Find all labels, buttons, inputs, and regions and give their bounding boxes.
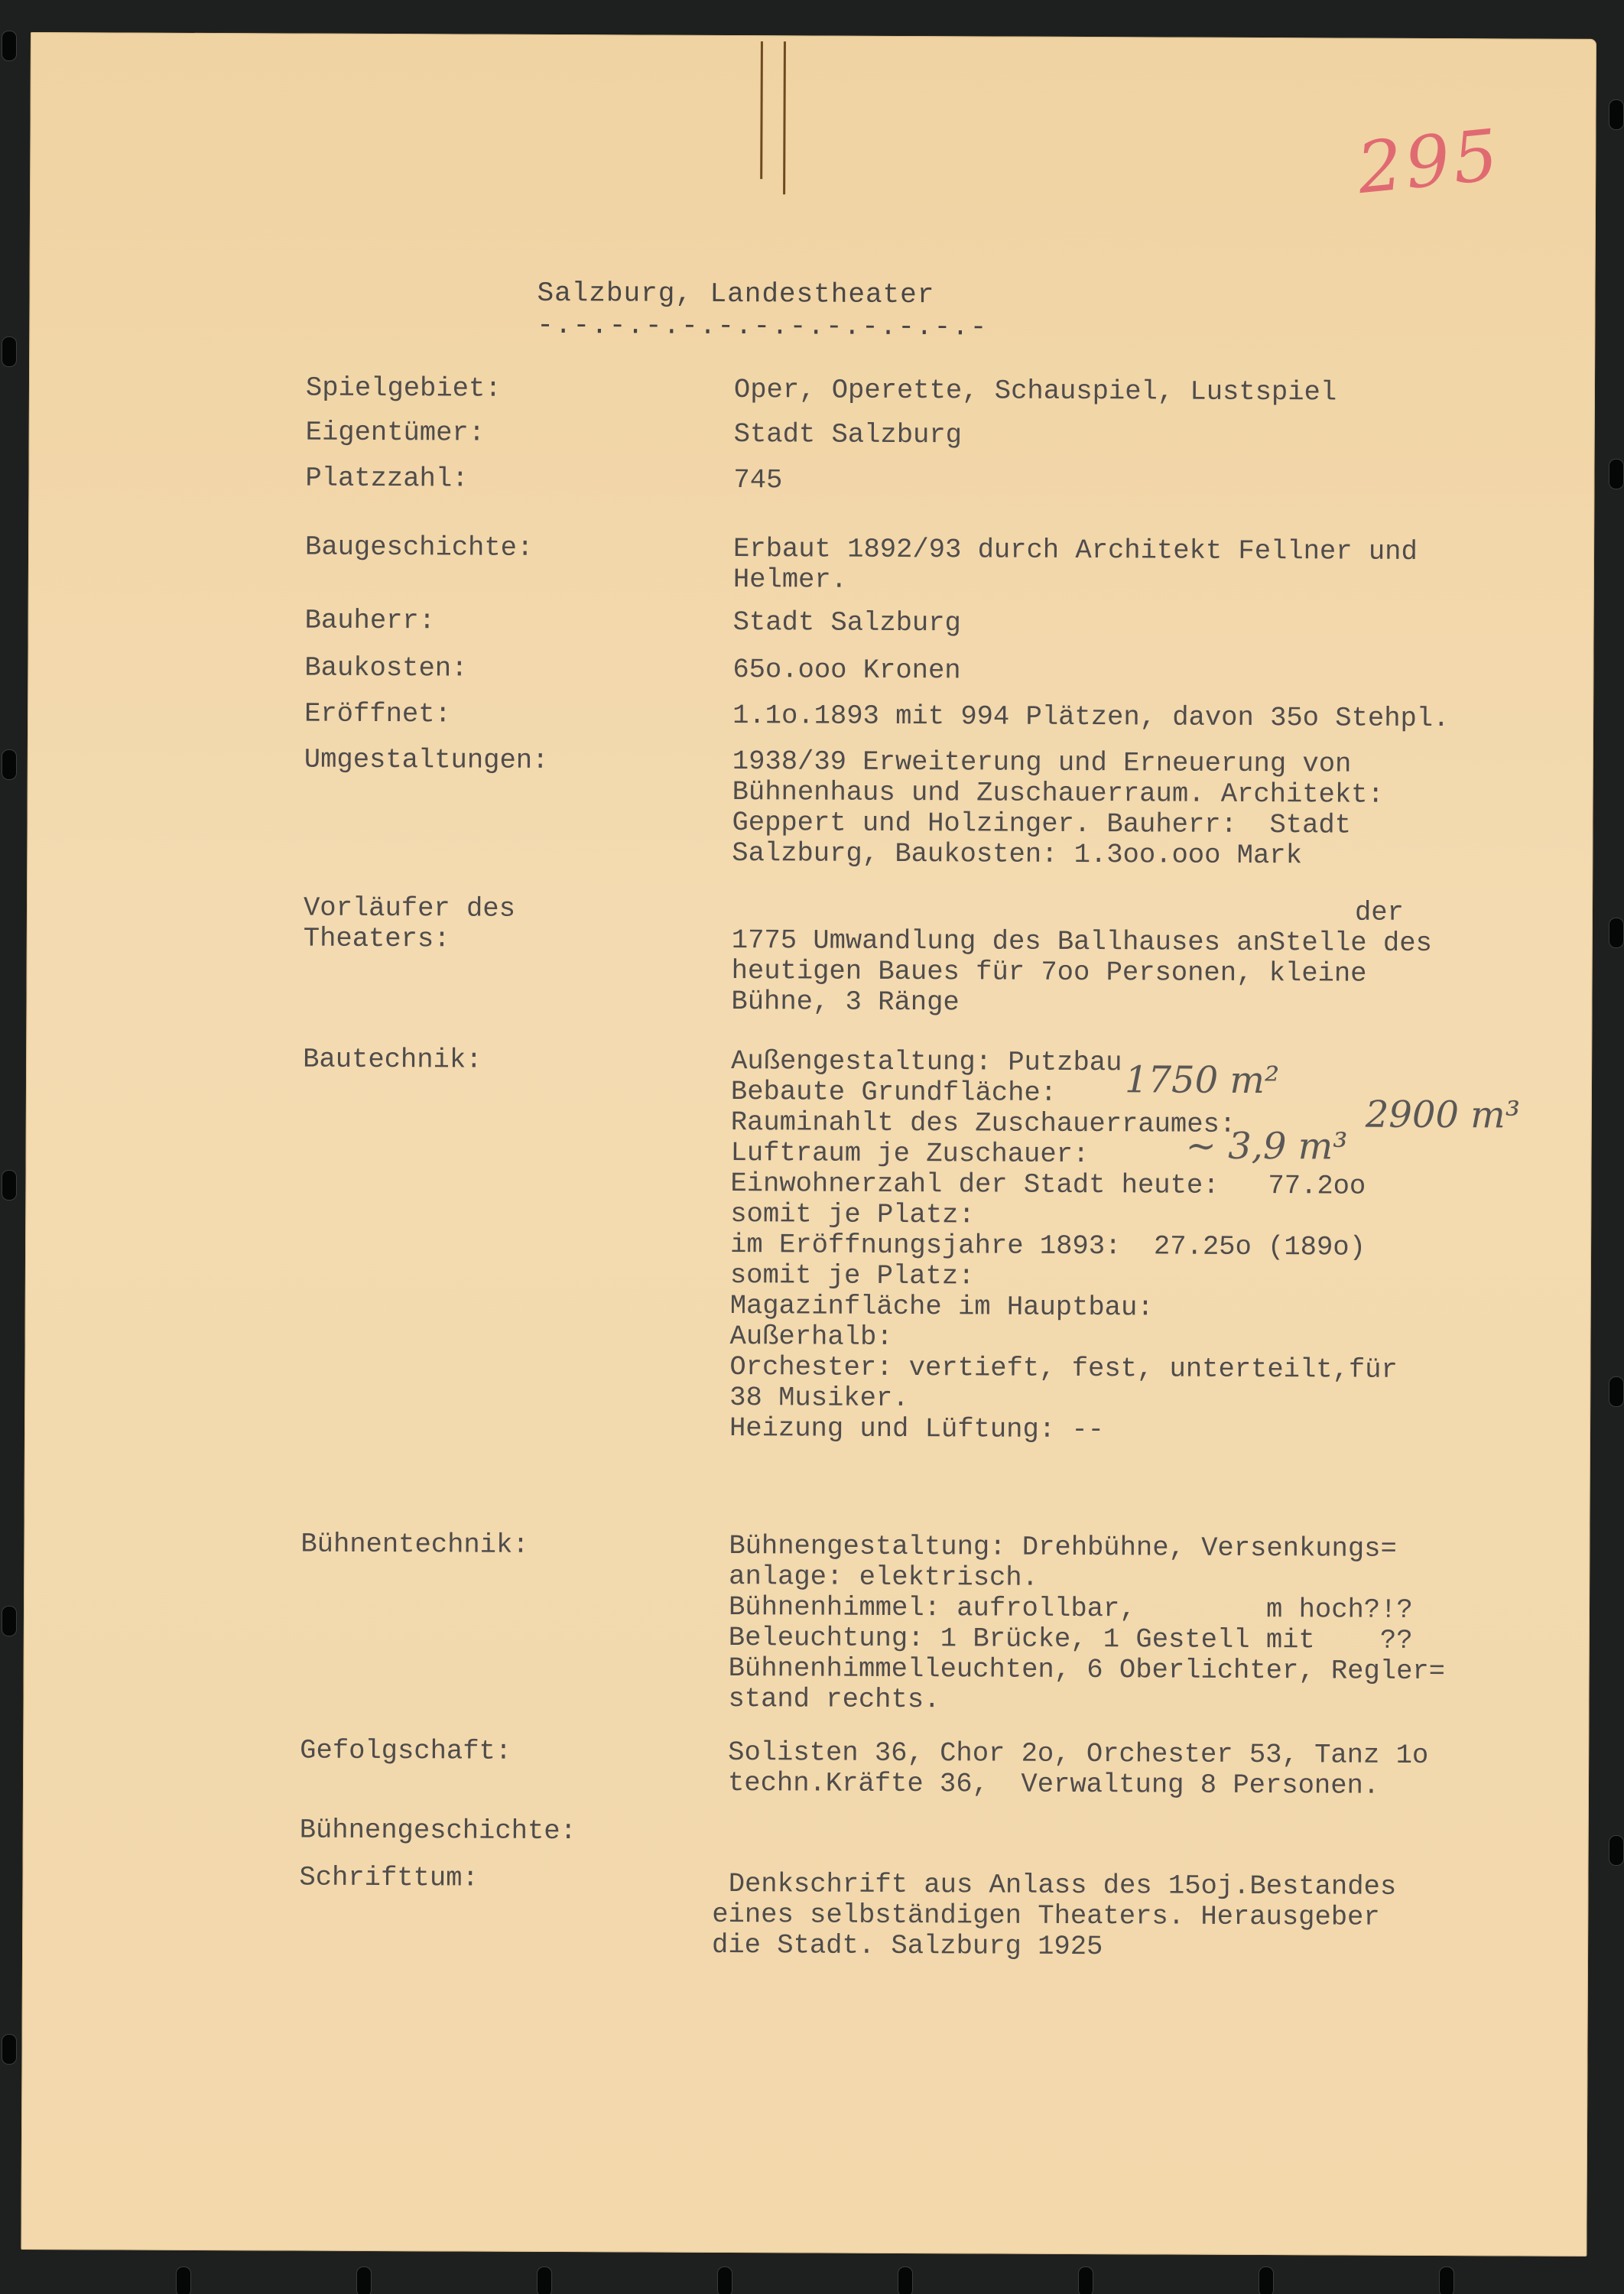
- binder-hole: [1439, 2266, 1454, 2294]
- field-value: Einwohnerzahl der Stadt heute: 77.2oo: [730, 1168, 1366, 1202]
- binder-hole: [1609, 918, 1624, 948]
- field-value: anlage: elektrisch.: [729, 1561, 1038, 1594]
- typed-document-page: 295 Salzburg, Landestheater -.-.-.-.-.-.…: [21, 32, 1596, 2257]
- field-value: Oper, Operette, Schauspiel, Lustspiel: [734, 375, 1337, 408]
- field-value: somit je Platz:: [730, 1260, 975, 1292]
- field-value: Luftraum je Zuschauer:: [731, 1138, 1090, 1170]
- field-value: Stadt Salzburg: [734, 419, 962, 450]
- field-value: Stadt Salzburg: [733, 607, 961, 638]
- field-value: Außerhalb:: [729, 1321, 892, 1353]
- binder-hole: [176, 2266, 191, 2294]
- field-value: 1.1o.1893 mit 994 Plätzen, davon 35o Ste…: [732, 700, 1450, 734]
- page-number-annotation: 295: [1353, 114, 1504, 210]
- field-value: 1938/39 Erweiterung und Erneuerung von: [732, 746, 1352, 780]
- field-baugeschichte: Baugeschichte: Erbaut 1892/93 durch Arch…: [305, 532, 1605, 538]
- binder-hole: [1609, 1835, 1624, 1866]
- field-value: Denkschrift aus Anlass des 15oj.Bestande…: [712, 1869, 1396, 1902]
- field-bauherr: Bauherr: Stadt Salzburg: [305, 606, 1605, 611]
- staple-mark: [783, 41, 786, 194]
- binder-hole: [1609, 99, 1624, 130]
- field-label: Vorläufer des Theaters:: [304, 893, 515, 955]
- field-value: Geppert und Holzinger. Bauherr: Stadt: [732, 807, 1351, 841]
- binder-hole: [2, 749, 17, 780]
- binder-hole: [717, 2266, 732, 2294]
- field-value: die Stadt. Salzburg 1925: [712, 1930, 1103, 1962]
- field-baukosten: Baukosten: 65o.ooo Kronen: [304, 653, 1604, 658]
- binder-hole: [1609, 1376, 1624, 1407]
- field-value: Magazinfläche im Hauptbau:: [730, 1291, 1154, 1323]
- handwritten-grundflaeche: 1750 m²: [1125, 1064, 1279, 1096]
- field-value: Helmer.: [733, 564, 847, 596]
- field-value: 1775 Umwandlung des Ballhauses anStelle …: [732, 925, 1432, 959]
- field-value: Bühnenhimmelleuchten, 6 Oberlichter, Reg…: [729, 1653, 1446, 1687]
- field-label: Platzzahl:: [305, 463, 468, 495]
- field-label: Gefolgschaft:: [300, 1736, 512, 1767]
- binder-hole: [356, 2266, 372, 2294]
- field-buehnengeschichte: Bühnengeschichte:: [300, 1815, 1600, 1821]
- field-value: stand rechts.: [728, 1684, 940, 1715]
- field-value: techn.Kräfte 36, Verwaltung 8 Personen.: [728, 1768, 1379, 1802]
- binder-hole: [1078, 2266, 1093, 2294]
- field-eigentuemer: Eigentümer: Stadt Salzburg: [306, 418, 1606, 423]
- field-value: Bühnenhimmel: aufrollbar, m hoch?!?: [729, 1592, 1413, 1626]
- binder-hole: [2, 1606, 17, 1636]
- field-umgestaltungen: Umgestaltungen: 1938/39 Erweiterung und …: [304, 745, 1604, 750]
- binder-hole: [2, 336, 17, 367]
- field-label: Eigentümer:: [306, 418, 486, 449]
- field-value: 745: [733, 465, 782, 496]
- field-label: Spielgebiet:: [306, 373, 502, 405]
- field-value: Beleuchtung: 1 Brücke, 1 Gestell mit ??: [729, 1623, 1413, 1656]
- field-value-insertion: der: [1355, 898, 1404, 928]
- binder-hole: [2, 2034, 17, 2065]
- field-value: somit je Platz:: [730, 1199, 975, 1230]
- binder-hole: [1259, 2266, 1274, 2294]
- field-gefolgschaft: Gefolgschaft: Solisten 36, Chor 2o, Orch…: [300, 1736, 1600, 1741]
- field-value: Salzburg, Baukosten: 1.3oo.ooo Mark: [732, 838, 1302, 871]
- field-value: Erbaut 1892/93 durch Architekt Fellner u…: [733, 534, 1418, 567]
- binder-hole: [898, 2266, 913, 2294]
- field-value: 38 Musiker.: [729, 1383, 909, 1414]
- binder-hole: [1609, 459, 1624, 489]
- field-value: Bühnenhaus und Zuschauerraum. Architekt:: [732, 777, 1384, 811]
- handwritten-rauminhalt: 2900 m³: [1366, 1100, 1520, 1131]
- field-value: Bebaute Grundfläche:: [731, 1077, 1057, 1109]
- field-value: Heizung und Lüftung: --: [729, 1413, 1104, 1445]
- field-platzzahl: Platzzahl: 745: [306, 463, 1606, 469]
- field-value: 65o.ooo Kronen: [732, 655, 960, 686]
- field-label: Bauherr:: [305, 606, 436, 637]
- field-value: im Eröffnungsjahre 1893: 27.25o (189o): [730, 1230, 1366, 1263]
- field-bautechnik: Bautechnik: Außengestaltung: Putzbau Beb…: [303, 1045, 1603, 1050]
- field-label: Baukosten:: [304, 653, 467, 684]
- document-title: Salzburg, Landestheater: [537, 278, 934, 310]
- field-eroeffnet: Eröffnet: 1.1o.1893 mit 994 Plätzen, dav…: [304, 699, 1604, 704]
- handwritten-luftraum: ~ 3,9 m³: [1186, 1131, 1348, 1162]
- field-value: heutigen Baues für 7oo Personen, kleine: [732, 956, 1367, 989]
- field-label: Bühnentechnik:: [300, 1529, 528, 1561]
- field-value: Orchester: vertieft, fest, unterteilt,fü…: [729, 1352, 1398, 1386]
- field-label: Umgestaltungen:: [304, 745, 549, 776]
- field-value: Rauminahlt des Zuschauerraumes:: [731, 1107, 1236, 1140]
- title-underline: -.-.-.-.-.-.-.-.-.-.-.-.-: [537, 310, 988, 343]
- field-label: Bühnengeschichte:: [300, 1815, 577, 1847]
- staple-mark: [760, 41, 763, 179]
- binder-hole: [537, 2266, 552, 2294]
- field-value: Bühne, 3 Ränge: [731, 986, 959, 1018]
- field-vorlaeufer: Vorläufer des Theaters: der 1775 Umwandl…: [304, 893, 1603, 898]
- field-value: Außengestaltung: Putzbau: [731, 1046, 1122, 1078]
- field-spielgebiet: Spielgebiet: Oper, Operette, Schauspiel,…: [306, 373, 1606, 379]
- field-value: Solisten 36, Chor 2o, Orchester 53, Tanz…: [728, 1737, 1428, 1771]
- field-label: Eröffnet:: [304, 699, 451, 730]
- field-label: Bautechnik:: [303, 1045, 482, 1076]
- field-value: eines selbständigen Theaters. Herausgebe…: [712, 1899, 1380, 1933]
- field-value: Bühnengestaltung: Drehbühne, Versenkungs…: [729, 1531, 1397, 1565]
- field-schrifttum: Schrifttum: Denkschrift aus Anlass des 1…: [300, 1863, 1600, 1868]
- binder-hole: [2, 1170, 17, 1201]
- field-buehnentechnik: Bühnentechnik: Bühnengestaltung: Drehbüh…: [300, 1529, 1600, 1535]
- binder-hole: [2, 31, 17, 61]
- field-label: Schrifttum:: [299, 1863, 479, 1894]
- field-label: Baugeschichte:: [305, 532, 533, 564]
